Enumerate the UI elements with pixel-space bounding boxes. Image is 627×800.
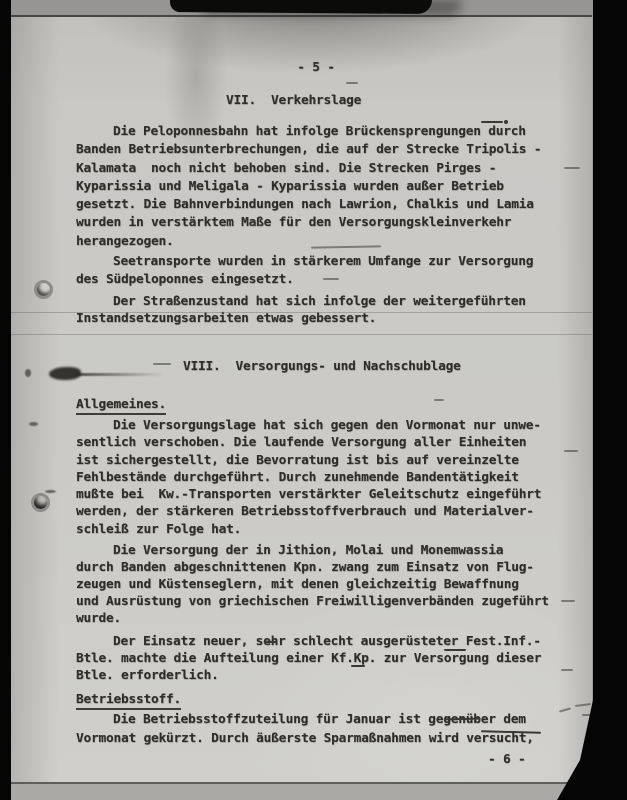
text-line: Banden Betriebsunterbrechungen, die auf … bbox=[76, 141, 541, 159]
pencil-dash-mark bbox=[346, 82, 358, 84]
pencil-dash-mark bbox=[351, 665, 365, 667]
section-heading-vii-text: VII. Verkehrslage bbox=[226, 93, 361, 108]
text-line: Die Versorgung der in Jithion, Molai und… bbox=[76, 542, 549, 559]
binding-shadow-blob bbox=[170, 0, 432, 14]
hole-punch bbox=[34, 280, 53, 299]
text-line: wurden in verstärktem Maße für den Verso… bbox=[76, 214, 541, 232]
text-line: wurde. bbox=[76, 610, 549, 627]
hole-punch bbox=[31, 493, 50, 512]
section-heading-viii-text: VIII. Versorgungs- und Nachschublage bbox=[183, 359, 461, 374]
pencil-dash-mark bbox=[264, 641, 276, 643]
page-number-top: - 5 - bbox=[76, 56, 556, 75]
text-line: mußte bei Kw.-Transporten verstärkter Ge… bbox=[76, 486, 541, 503]
text-line: Die Versorgungslage hat sich gegen den V… bbox=[76, 417, 541, 434]
text-line: durch Banden abgeschnittenen Kpn. zwang … bbox=[76, 559, 549, 576]
text-line: und Ausrüstung von griechischen Freiwill… bbox=[76, 593, 549, 610]
pencil-dash-mark bbox=[434, 399, 444, 401]
pencil-scribble-mark bbox=[559, 707, 571, 712]
page-number-bottom: - 6 - bbox=[488, 748, 526, 767]
text-line: schleiß zur Folge hat. bbox=[76, 521, 541, 538]
text-line: gesetzt. Die Bahnverbindungen nach Lawri… bbox=[76, 196, 541, 214]
section-heading-vii: VII. Verkehrslage bbox=[226, 89, 361, 108]
scratch-line bbox=[11, 334, 592, 335]
text-line: Btle. machte die Aufteilung einer Kf.Kp.… bbox=[76, 650, 541, 667]
subheading-betriebsstoff-text: Betriebsstoff. bbox=[76, 692, 181, 710]
section-heading-viii: VIII. Versorgungs- und Nachschublage bbox=[183, 355, 461, 374]
pencil-dash-mark bbox=[481, 121, 503, 123]
ink-speck bbox=[45, 490, 56, 493]
ink-speck bbox=[29, 422, 38, 426]
text-line: Die Peloponnesbahn hat infolge Brückensp… bbox=[76, 123, 541, 141]
subheading-allgemeines-text: Allgemeines. bbox=[76, 397, 166, 415]
pencil-dash-mark bbox=[561, 600, 575, 602]
paragraph-allgemeines-2: Die Versorgung der in Jithion, Molai und… bbox=[76, 542, 549, 627]
ink-smudge-tail bbox=[75, 373, 163, 376]
text-line: Kyparissia und Meligala - Kyparissia wur… bbox=[76, 178, 541, 196]
paragraph-allgemeines-1: Die Versorgungslage hat sich gegen den V… bbox=[76, 417, 541, 538]
text-line: ist sichergestellt, die Bevorratung ist … bbox=[76, 452, 541, 469]
ink-speck bbox=[25, 369, 31, 377]
pencil-scribble-mark bbox=[575, 703, 591, 707]
text-line: Seetransporte wurden in stärkerem Umfang… bbox=[76, 253, 533, 271]
text-line: des Südpeloponnes eingesetzt. bbox=[76, 271, 533, 289]
text-line: herangezogen. bbox=[76, 233, 541, 251]
text-line: Vormonat gekürzt. Durch äußerste Sparmaß… bbox=[76, 729, 534, 748]
pencil-dash-mark bbox=[153, 363, 171, 365]
page-number-bottom-text: - 6 - bbox=[488, 752, 526, 767]
text-line: Btle. erforderlich. bbox=[76, 667, 541, 684]
photo-left-border bbox=[0, 0, 11, 800]
text-line: Der Straßenzustand hat sich infolge der … bbox=[76, 294, 526, 311]
paragraph-verkehrslage-3: Der Straßenzustand hat sich infolge der … bbox=[76, 294, 526, 327]
scratch-line bbox=[11, 312, 592, 313]
scanned-document-photo: - 5 - VII. Verkehrslage Die Peloponnesba… bbox=[0, 0, 627, 800]
subheading-betriebsstoff: Betriebsstoff. bbox=[76, 688, 181, 710]
text-line: werden, der stärkeren Betriebsstoffverbr… bbox=[76, 503, 541, 520]
text-line: Kalamata noch nicht behoben sind. Die St… bbox=[76, 160, 541, 178]
text-line: Die Betriebsstoffzuteilung für Januar is… bbox=[76, 710, 534, 729]
pencil-dash-mark bbox=[564, 450, 578, 452]
paragraph-betriebsstoff-1: Die Betriebsstoffzuteilung für Januar is… bbox=[76, 710, 534, 748]
pencil-dash-mark bbox=[323, 278, 339, 280]
paragraph-verkehrslage-1: Die Peloponnesbahn hat infolge Brückensp… bbox=[76, 123, 541, 251]
subheading-allgemeines: Allgemeines. bbox=[76, 393, 166, 415]
document-page: - 5 - VII. Verkehrslage Die Peloponnesba… bbox=[11, 15, 592, 784]
paragraph-verkehrslage-2: Seetransporte wurden in stärkerem Umfang… bbox=[76, 253, 533, 288]
page-number-top-text: - 5 - bbox=[297, 60, 335, 75]
pencil-dash-mark bbox=[561, 669, 573, 671]
paragraph-allgemeines-3: Der Einsatz neuer, sehr schlecht ausgerü… bbox=[76, 633, 541, 684]
pencil-dot-mark bbox=[504, 120, 508, 124]
text-line: zeugen und Küstenseglern, mit denen glei… bbox=[76, 576, 549, 593]
pencil-underline-mark bbox=[444, 649, 466, 651]
pencil-dash-mark bbox=[564, 167, 580, 169]
text-line: Fehlbestände durchgeführt. Durch zunehme… bbox=[76, 469, 541, 486]
text-line: Der Einsatz neuer, sehr schlecht ausgerü… bbox=[76, 633, 541, 650]
text-line: sentlich verschoben. Die laufende Versor… bbox=[76, 434, 541, 451]
